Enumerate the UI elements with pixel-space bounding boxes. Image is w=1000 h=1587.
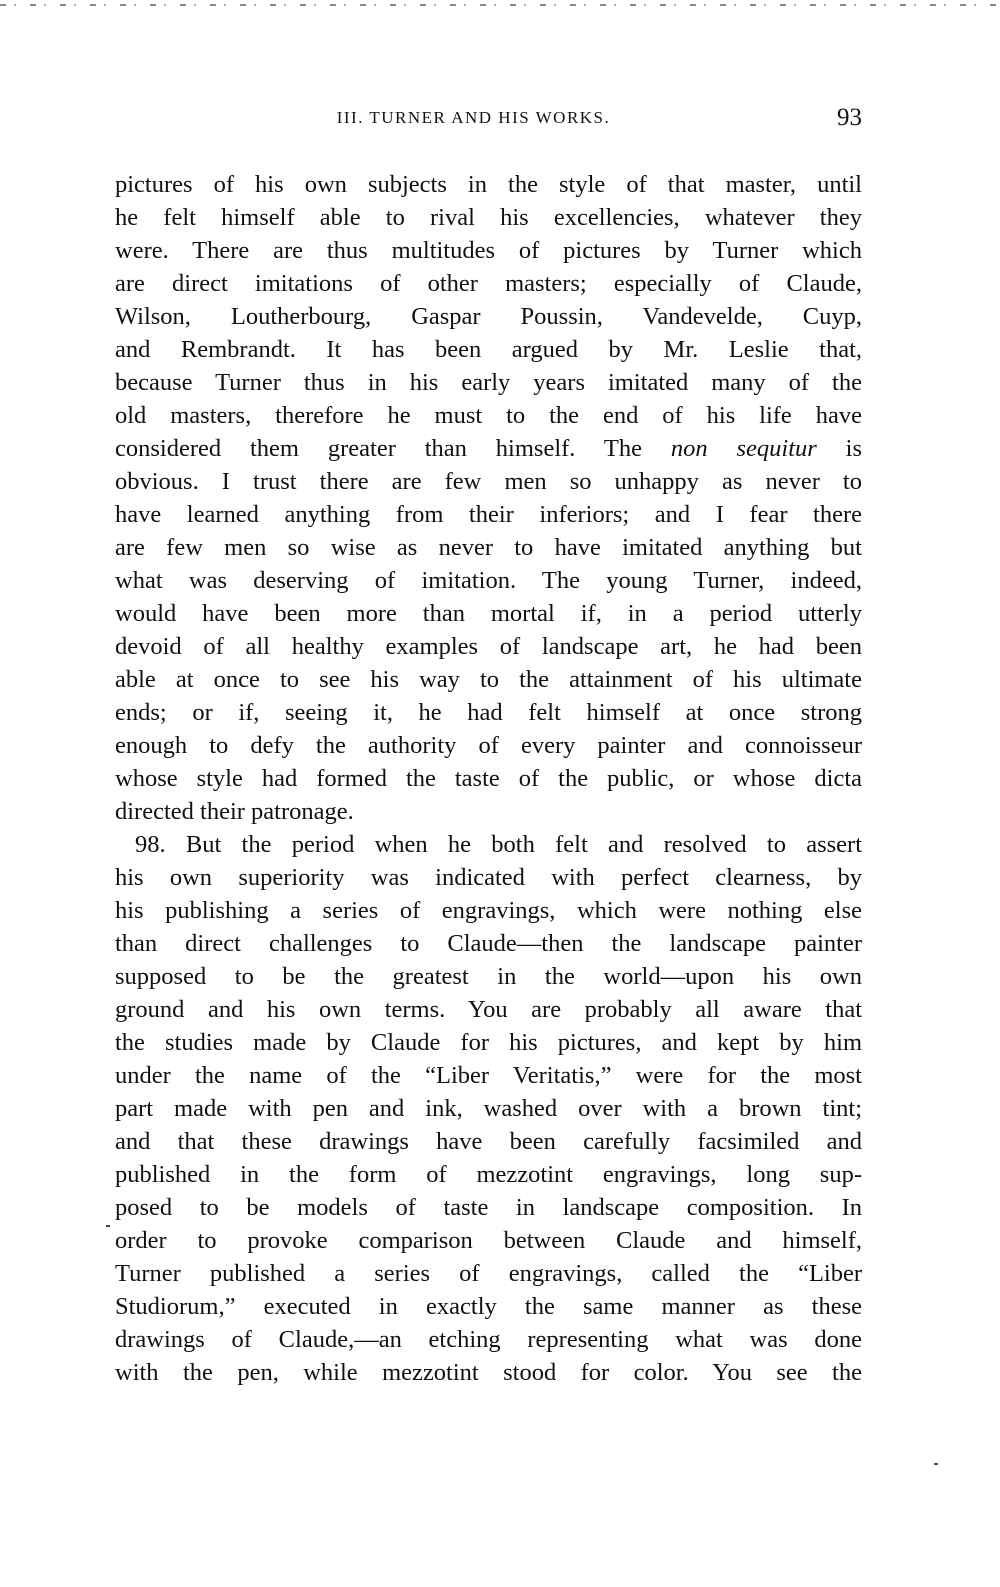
text-line: what was deserving of imitation. The you… [115,564,862,597]
text-line: are direct imitations of other masters; … [115,267,862,300]
text-segment: considered them greater than himself. Th… [115,435,642,462]
text-line: and Rembrandt. It has been argued by Mr.… [115,333,862,366]
text-line: and that these drawings have been carefu… [115,1125,862,1158]
text-line: because Turner thus in his early years i… [115,366,862,399]
text-line: enough to defy the authority of every pa… [115,729,862,762]
text-line: he felt himself able to rival his excell… [115,201,862,234]
text-line: would have been more than mortal if, in … [115,597,862,630]
text-segment: is [846,435,862,462]
text-line-with-italic: considered them greater than himself. Th… [115,432,862,465]
body-text: pictures of his own subjects in the styl… [115,168,862,1389]
paragraph-end-line: directed their patronage. [115,795,862,828]
text-line: devoid of all healthy examples of landsc… [115,630,862,663]
text-line: than direct challenges to Claude—then th… [115,927,862,960]
text-line: his publishing a series of engravings, w… [115,894,862,927]
text-line: pictures of his own subjects in the styl… [115,168,862,201]
running-title: III. TURNER AND HIS WORKS. [115,108,862,128]
text-line: drawings of Claude,—an etching represent… [115,1323,862,1356]
text-line: the studies made by Claude for his pictu… [115,1026,862,1059]
text-line: were. There are thus multitudes of pictu… [115,234,862,267]
section-98-start-line: 98. But the period when he both felt and… [115,828,862,861]
text-line: ground and his own terms. You are probab… [115,993,862,1026]
text-line: posed to be models of taste in landscape… [115,1191,862,1224]
text-line: whose style had formed the taste of the … [115,762,862,795]
text-line: his own superiority was indicated with p… [115,861,862,894]
text-line: ends; or if, seeing it, he had felt hims… [115,696,862,729]
text-line: Wilson, Loutherbourg, Gaspar Poussin, Va… [115,300,862,333]
text-line: with the pen, while mezzotint stood for … [115,1356,862,1389]
italic-phrase: non sequitur [671,435,817,462]
scan-edge-artifact [0,4,1000,6]
page-number: 93 [837,104,862,132]
text-line: Turner published a series of engravings,… [115,1257,862,1290]
running-head: III. TURNER AND HIS WORKS. 93 [115,104,862,134]
text-line: part made with pen and ink, washed over … [115,1092,862,1125]
margin-speck [106,1225,110,1227]
text-line: supposed to be the greatest in the world… [115,960,862,993]
text-line: order to provoke comparison between Clau… [115,1224,862,1257]
text-line: obvious. I trust there are few men so un… [115,465,862,498]
text-line: Studiorum,” executed in exactly the same… [115,1290,862,1323]
text-line: have learned anything from their inferio… [115,498,862,531]
text-line: under the name of the “Liber Veritatis,”… [115,1059,862,1092]
text-line: able at once to see his way to the attai… [115,663,862,696]
text-line: old masters, therefore he must to the en… [115,399,862,432]
text-line: published in the form of mezzotint engra… [115,1158,862,1191]
text-line: are few men so wise as never to have imi… [115,531,862,564]
margin-speck [934,1463,938,1465]
